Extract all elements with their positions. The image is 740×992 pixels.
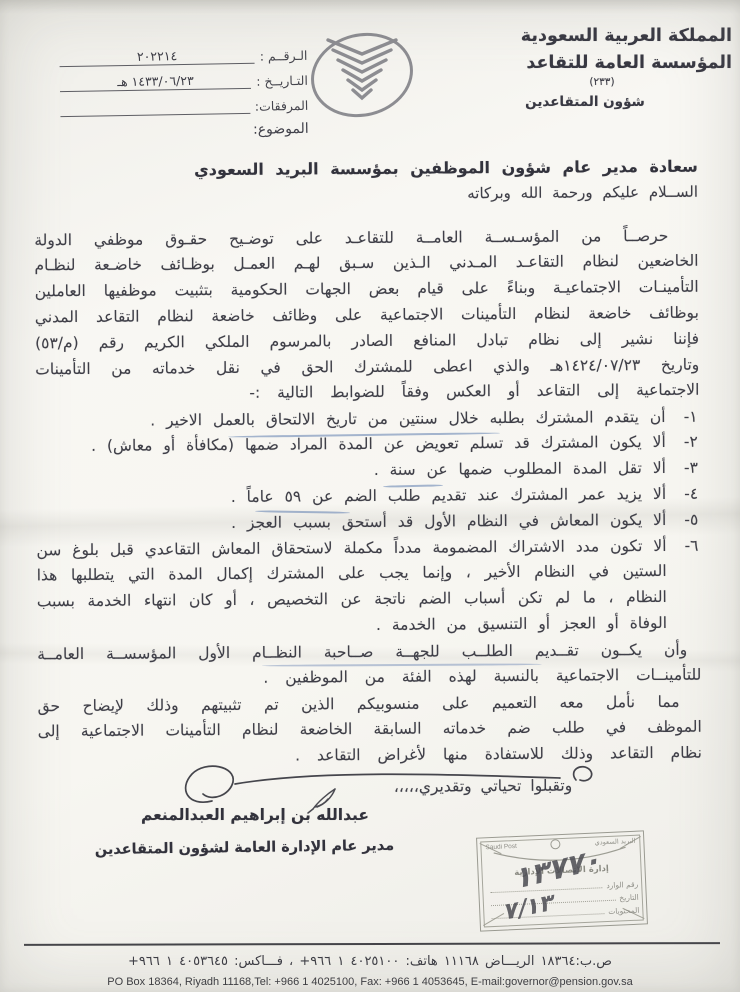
condition-number: ١-: [684, 404, 698, 430]
condition-number: ٦-: [684, 533, 698, 559]
greeting-line: الســلام عليكم ورحمة الله وبركاته: [34, 179, 698, 209]
attachments-label: المرفقات:: [255, 98, 309, 114]
condition-item: ٦- ألا تكون مدد الاشتراك المضمومة مدداً …: [36, 533, 701, 642]
subject-label: الموضوع:: [61, 121, 309, 141]
condition-number: ٢-: [684, 430, 698, 456]
date-value: ١٤٣٣/٠٦/٢٣ هـ: [60, 72, 252, 92]
condition-text: أن يتقدم المشترك بطلبه خلال سنتين من تار…: [150, 408, 666, 430]
org-department: شؤون المتقاعدين: [510, 94, 660, 110]
conditions-list: ١- أن يتقدم المشترك بطلبه خلال سنتين من …: [36, 404, 702, 642]
letter-body: سعادة مدير عام شؤون الموظفين بمؤسسة البر…: [34, 154, 702, 803]
ref-number-label: الـرقــم :: [260, 48, 308, 64]
attachments-value: [60, 112, 250, 117]
signatory-title: مدير عام الإدارة العامة لشؤون المتقاعدين: [92, 838, 397, 858]
request-paragraph: مما نأمل معه التعميم على منسوبيكم الذين …: [37, 689, 702, 771]
condition-number: ٣-: [684, 456, 698, 482]
condition-text: ألا يزيد عمر المشترك عند تقديم طلب الضم …: [231, 485, 666, 506]
stamp-field-label: التاريخ: [619, 893, 639, 903]
condition-text: ألا تكون مدد الاشتراك المضمومة مدداً مكم…: [36, 536, 667, 633]
footer-contact-arabic: ص.ب:١٨٣٦٤ الريـــاض ١١١٦٨ هاتف: ٤٠٢٥١٠٠ …: [24, 954, 716, 969]
condition-text: ألا تقل المدة المطلوب ضمها عن سنة .: [374, 459, 666, 479]
date-row: التـاريــخ : ١٤٣٣/٠٦/٢٣ هـ: [60, 63, 308, 92]
stamp-field-label: المحتويات: [608, 906, 639, 916]
condition-number: ٤-: [684, 482, 698, 508]
signature-scribble: [178, 763, 618, 809]
ref-number-row: الـرقــم : ٢٠٢٢١٤: [59, 38, 307, 67]
date-label: التـاريــخ :: [256, 73, 308, 89]
note-paragraph: وأن يكــون تقــديم الطلــب للجهــة صــاح…: [37, 637, 701, 694]
ref-number-value: ٢٠٢٢١٤: [59, 47, 255, 67]
org-header: المملكة العربية السعودية المؤسسة العامة …: [422, 26, 732, 110]
reference-block: الـرقــم : ٢٠٢٢١٤ التـاريــخ : ١٤٣٣/٠٦/٢…: [59, 38, 309, 141]
attachments-row: المرفقات:: [60, 88, 308, 117]
condition-text: ألا يكون المعاش في النظام الأول قد أستحق…: [231, 511, 666, 532]
footer-contact-english: PO Box 18364, Riyadh 11168,Tel: +966 1 4…: [24, 976, 716, 988]
received-stamp: البريد السعودي Saudi Post إدارة الاتصالا…: [476, 830, 648, 931]
condition-number: ٥-: [684, 507, 698, 533]
footer-divider: [24, 942, 720, 946]
intro-paragraph: حرصــاً من المؤسـســة العامــة للتقاعـد …: [34, 223, 699, 409]
signatory-name: عبدالله بن إبراهيم العبدالمنعم: [135, 806, 375, 824]
stamp-field-label: رقم الوارد: [606, 880, 638, 890]
condition-text: ألا يكون المشترك قد تسلم تعويض عن المدة …: [91, 433, 666, 455]
org-emblem-icon: [303, 26, 425, 122]
scanned-letter: الـرقــم : ٢٠٢٢١٤ التـاريــخ : ١٤٣٣/٠٦/٢…: [0, 0, 740, 992]
org-code: (٢٣٣): [532, 76, 672, 88]
org-name: المؤسسة العامة للتقاعد: [422, 53, 732, 73]
org-country-name: المملكة العربية السعودية: [422, 26, 732, 46]
